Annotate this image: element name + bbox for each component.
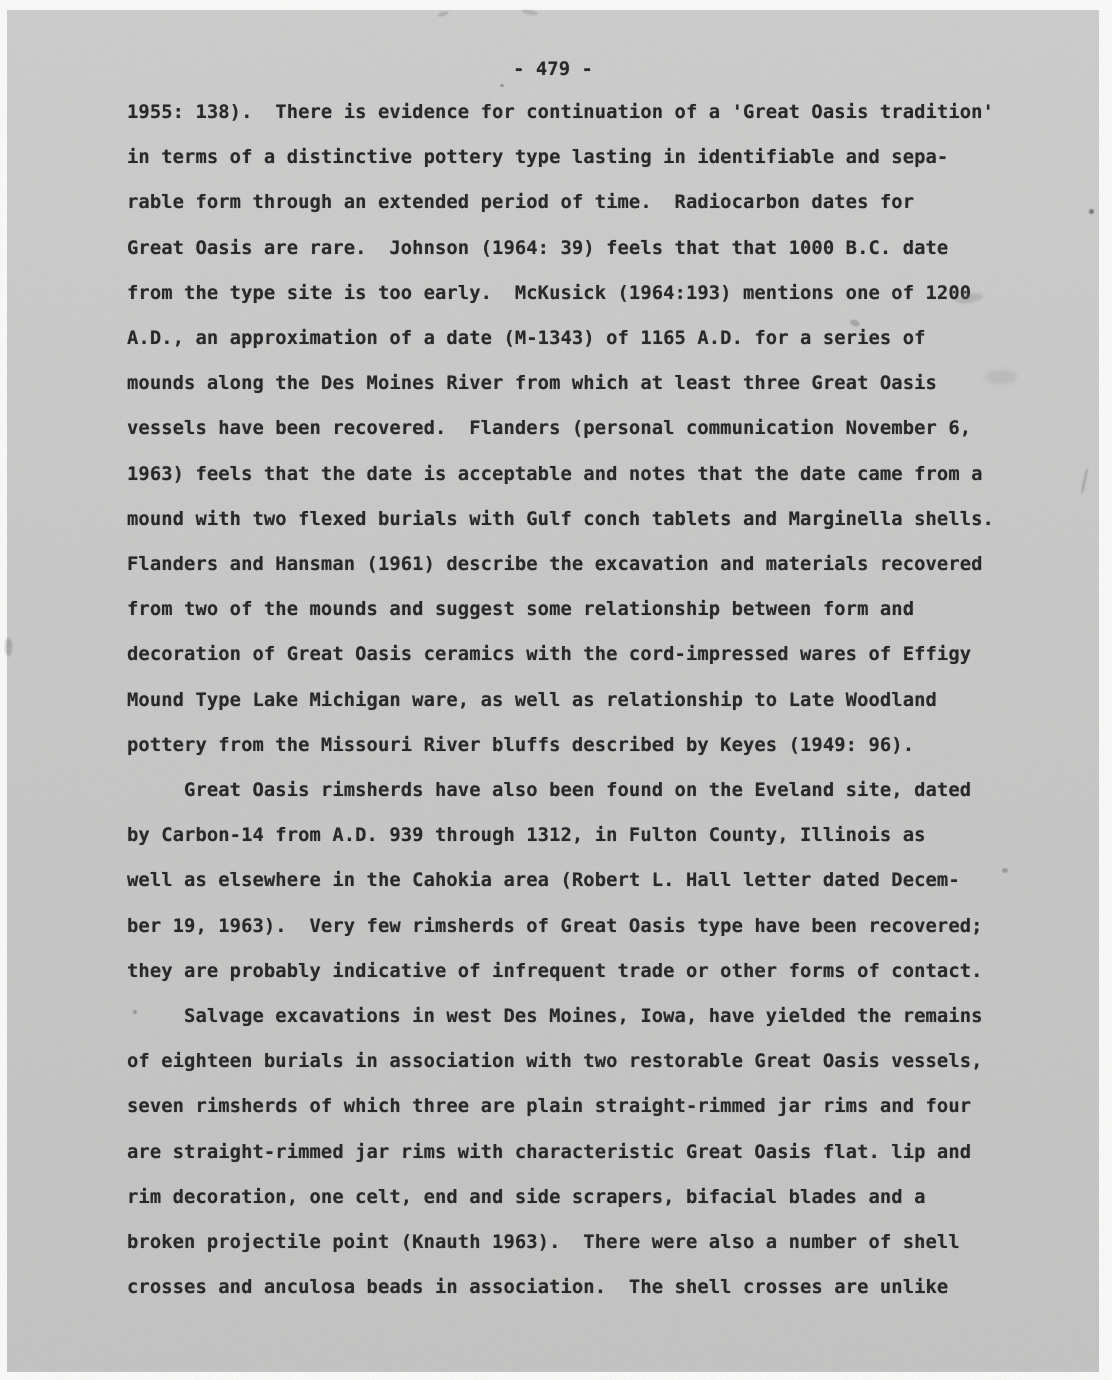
text-line: 1963) feels that the date is acceptable … xyxy=(127,452,994,497)
text-line: seven rimsherds of which three are plain… xyxy=(127,1084,994,1129)
text-line: vessels have been recovered. Flanders (p… xyxy=(127,406,994,451)
text-line: Flanders and Hansman (1961) describe the… xyxy=(127,542,994,587)
text-line: rable form through an extended period of… xyxy=(127,180,994,225)
scan-smudge xyxy=(522,9,539,17)
text-line: 1955: 138). There is evidence for contin… xyxy=(127,90,994,135)
text-line: Mound Type Lake Michigan ware, as well a… xyxy=(127,678,994,723)
text-line: mound with two flexed burials with Gulf … xyxy=(127,497,994,542)
text-line: broken projectile point (Knauth 1963). T… xyxy=(127,1220,994,1265)
text-line: by Carbon-14 from A.D. 939 through 1312,… xyxy=(127,813,994,858)
scan-speck xyxy=(500,84,504,87)
page-number: - 479 - xyxy=(7,59,1099,81)
text-line: Salvage excavations in west Des Moines, … xyxy=(127,994,994,1039)
scan-smudge xyxy=(437,11,450,18)
text-line: from two of the mounds and suggest some … xyxy=(127,587,994,632)
text-line: in terms of a distinctive pottery type l… xyxy=(127,135,994,180)
text-line: well as elsewhere in the Cahokia area (R… xyxy=(127,858,994,903)
text-line: A.D., an approximation of a date (M-1343… xyxy=(127,316,994,361)
text-line: crosses and anculosa beads in associatio… xyxy=(127,1265,994,1310)
body-text: 1955: 138). There is evidence for contin… xyxy=(127,90,994,1310)
text-line: are straight-rimmed jar rims with charac… xyxy=(127,1130,994,1175)
text-line: from the type site is too early. McKusic… xyxy=(127,271,994,316)
text-line: decoration of Great Oasis ceramics with … xyxy=(127,632,994,677)
text-line: mounds along the Des Moines River from w… xyxy=(127,361,994,406)
scanned-document: { "page": { "header": "- 479 -", "lines"… xyxy=(0,0,1112,1380)
scan-speck xyxy=(1080,468,1088,494)
text-line: Great Oasis rimsherds have also been fou… xyxy=(127,768,994,813)
text-line: pottery from the Missouri River bluffs d… xyxy=(127,723,994,768)
scan-speck xyxy=(1089,209,1094,214)
text-line: they are probably indicative of infreque… xyxy=(127,949,994,994)
scan-smudge xyxy=(5,638,12,656)
text-line: Great Oasis are rare. Johnson (1964: 39)… xyxy=(127,226,994,271)
text-line: rim decoration, one celt, end and side s… xyxy=(127,1175,994,1220)
paper-page: - 479 - 1955: 138). There is evidence fo… xyxy=(7,10,1099,1372)
text-line: ber 19, 1963). Very few rimsherds of Gre… xyxy=(127,904,994,949)
text-line: of eighteen burials in association with … xyxy=(127,1039,994,1084)
scan-speck xyxy=(1002,868,1008,873)
